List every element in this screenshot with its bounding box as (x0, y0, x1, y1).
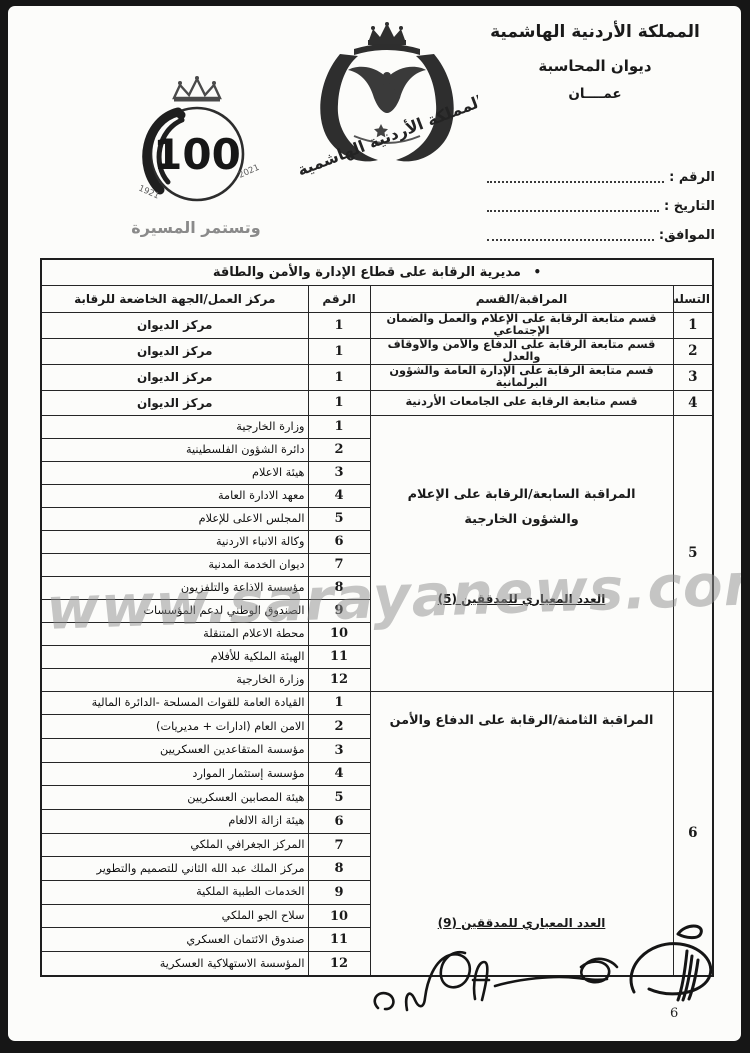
header-fields: الرقم : التاريخ : الموافق: (487, 169, 715, 256)
section-block: المراقبة السابعة/الرقابة على الإعلام وال… (370, 415, 673, 691)
table-row: 3قسم متابعة الرقابة على الإدارة العامة و… (41, 364, 713, 390)
seq-cell: 1 (673, 313, 713, 339)
num-cell: 1 (308, 313, 370, 339)
num-cell: 9 (308, 881, 370, 905)
center-cell: ديوان الخدمة المدنية (41, 553, 308, 576)
date-field-label: التاريخ : (664, 199, 715, 214)
header-seq: التسلسل (673, 286, 713, 313)
bullet-icon: • (533, 265, 541, 279)
table-title-cell: • مديرية الرقابة على قطاع الإدارة والأمن… (41, 259, 713, 286)
header-num: الرقم (308, 286, 370, 313)
header-center: مركز العمل/الجهة الخاضعة للرقابة (41, 286, 308, 313)
num-cell: 11 (308, 928, 370, 952)
num-cell: 7 (308, 553, 370, 576)
signature-icon (368, 934, 634, 1030)
table-row: 4قسم متابعة الرقابة على الجامعات الأردني… (41, 390, 713, 415)
corresponding-field-dotted-line (487, 227, 654, 241)
standard-auditors-label: العدد المعياري للمدققين (5) (371, 592, 673, 606)
num-cell: 6 (308, 809, 370, 833)
center-cell: دائرة الشؤون الفلسطينية (41, 438, 308, 461)
centennial-logo: 100 1921 2021 وتستمر المسيرة (108, 74, 284, 237)
center-cell: المركز الجغرافي الملكي (41, 833, 308, 857)
num-cell: 2 (308, 715, 370, 739)
num-cell: 1 (308, 390, 370, 415)
centennial-logo-icon: 100 1921 2021 (108, 74, 284, 214)
table-row: 2قسم متابعة الرقابة على الدفاع والأمن وا… (41, 338, 713, 364)
center-cell: وزارة الخارجية (41, 668, 308, 691)
center-cell: وكالة الانباء الاردنية (41, 530, 308, 553)
center-cell: هيئة المصابين العسكريين (41, 786, 308, 810)
audit-table-body: 1قسم متابعة الرقابة على الإعلام والعمل و… (41, 313, 713, 976)
center-cell: الصندوق الوطني لدعم المؤسسات (41, 599, 308, 622)
seq-cell: 4 (673, 390, 713, 415)
center-cell: محطة الاعلام المتنقلة (41, 622, 308, 645)
section-title: المراقبة الثامنة/الرقابة على الدفاع والأ… (379, 708, 665, 734)
num-cell: 5 (308, 507, 370, 530)
num-cell: 4 (308, 484, 370, 507)
corresponding-field-label: الموافق: (659, 228, 715, 243)
kingdom-title: المملكة الأردنية الهاشمية (475, 22, 715, 42)
center-cell: صندوق الائتمان العسكري (41, 928, 308, 952)
center-cell: مركز الديوان (41, 338, 308, 364)
num-cell: 9 (308, 599, 370, 622)
center-cell: مركز الملك عبد الله الثاني للتصميم والتط… (41, 857, 308, 881)
num-cell: 4 (308, 762, 370, 786)
section-seq-cell: 5 (673, 415, 713, 691)
center-cell: المؤسسة الاستهلاكية العسكرية (41, 952, 308, 976)
center-cell: مركز الديوان (41, 313, 308, 339)
center-cell: مركز الديوان (41, 390, 308, 415)
center-cell: المجلس الاعلى للإعلام (41, 507, 308, 530)
table-header-row: التسلسل المراقبة/القسم الرقم مركز العمل/… (41, 286, 713, 313)
signature-icon-2 (606, 918, 724, 1026)
corresponding-field: الموافق: (487, 227, 715, 243)
document-page: المملكة الأردنية الهاشمية ديوان المحاسبة… (8, 6, 741, 1041)
num-cell: 3 (308, 738, 370, 762)
num-cell: 11 (308, 645, 370, 668)
center-cell: وزارة الخارجية (41, 415, 308, 438)
num-cell: 12 (308, 952, 370, 976)
section-title: المراقبة السابعة/الرقابة على الإعلام وال… (379, 482, 665, 533)
centennial-slogan: وتستمر المسيرة (108, 218, 284, 237)
table-title-row: • مديرية الرقابة على قطاع الإدارة والأمن… (41, 259, 713, 286)
table-row: 1قسم متابعة الرقابة على الإعلام والعمل و… (41, 313, 713, 339)
num-cell: 10 (308, 904, 370, 928)
num-cell: 7 (308, 833, 370, 857)
num-cell: 8 (308, 857, 370, 881)
dept-cell: قسم متابعة الرقابة على الجامعات الأردنية (370, 390, 673, 415)
header-dept: المراقبة/القسم (370, 286, 673, 313)
center-cell: مؤسسة إستثمار الموارد (41, 762, 308, 786)
center-cell: سلاح الجو الملكي (41, 904, 308, 928)
city-label: عمــــان (475, 86, 715, 102)
seq-cell: 2 (673, 338, 713, 364)
center-cell: هيئة الاعلام (41, 461, 308, 484)
num-cell: 1 (308, 364, 370, 390)
royal-crest-icon: المملكة الأردنية الهاشمية (296, 16, 478, 188)
center-cell: مركز الديوان (41, 364, 308, 390)
letterhead: المملكة الأردنية الهاشمية ديوان المحاسبة… (475, 22, 715, 102)
table-title: مديرية الرقابة على قطاع الإدارة والأمن و… (213, 265, 521, 280)
number-field-dotted-line (487, 169, 664, 183)
date-field-dotted-line (487, 198, 659, 212)
center-cell: مؤسسة المتقاعدين العسكريين (41, 738, 308, 762)
num-cell: 10 (308, 622, 370, 645)
num-cell: 12 (308, 668, 370, 691)
table-row: 5المراقبة السابعة/الرقابة على الإعلام وا… (41, 415, 713, 438)
seq-cell: 3 (673, 364, 713, 390)
num-cell: 1 (308, 415, 370, 438)
num-cell: 8 (308, 576, 370, 599)
dept-cell: قسم متابعة الرقابة على الإعلام والعمل وا… (370, 313, 673, 339)
dept-cell: قسم متابعة الرقابة على الإدارة العامة وا… (370, 364, 673, 390)
center-cell: هيئة ازالة الالغام (41, 809, 308, 833)
center-cell: الخدمات الطبية الملكية (41, 881, 308, 905)
number-field: الرقم : (487, 169, 715, 185)
audit-table: • مديرية الرقابة على قطاع الإدارة والأمن… (40, 258, 712, 977)
center-cell: معهد الادارة العامة (41, 484, 308, 507)
num-cell: 1 (308, 691, 370, 715)
dept-cell: قسم متابعة الرقابة على الدفاع والأمن وال… (370, 338, 673, 364)
num-cell: 6 (308, 530, 370, 553)
center-cell: مؤسسة الاذاعة والتلفزيون (41, 576, 308, 599)
centennial-number: 100 (153, 130, 241, 179)
page-number: 6 (670, 1006, 678, 1021)
date-field: التاريخ : (487, 198, 715, 214)
center-cell: الهيئة الملكية للأفلام (41, 645, 308, 668)
num-cell: 1 (308, 338, 370, 364)
num-cell: 5 (308, 786, 370, 810)
num-cell: 2 (308, 438, 370, 461)
center-cell: الامن العام (ادارات + مديريات) (41, 715, 308, 739)
number-field-label: الرقم : (669, 170, 715, 185)
center-cell: القيادة العامة للقوات المسلحة -الدائرة ا… (41, 691, 308, 715)
table-row: 6المراقبة الثامنة/الرقابة على الدفاع وال… (41, 691, 713, 715)
num-cell: 3 (308, 461, 370, 484)
bureau-title: ديوان المحاسبة (475, 57, 715, 75)
